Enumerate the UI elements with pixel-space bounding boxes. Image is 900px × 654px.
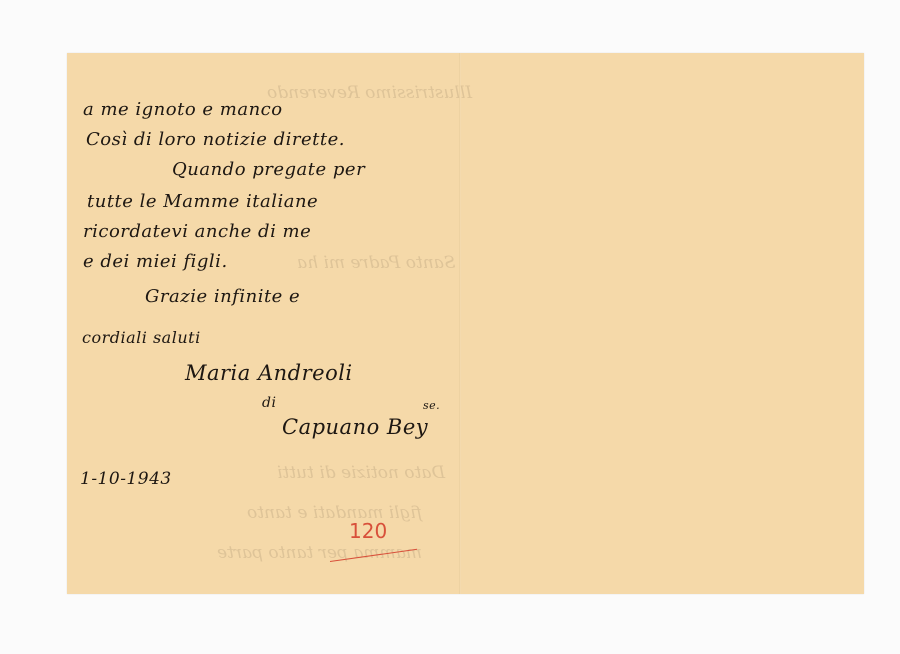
signature-name: Maria Andreoli [185, 361, 353, 385]
letter-date: 1-10-1943 [80, 469, 172, 489]
letter-line-8: cordiali saluti [82, 328, 201, 347]
letter-line-1: a me ignoto e manco [83, 99, 283, 120]
paper-fold [459, 53, 461, 594]
signature-surname: Capuano Bey [282, 415, 428, 439]
signature-superscript: se. [423, 399, 440, 412]
letter-paper: Illustrissimo Reverendo Santo Padre mi h… [67, 53, 864, 594]
bleed-through-text: Santo Padre mi ha [297, 253, 456, 273]
bleed-through-text: Dato notizie di tutti [277, 463, 445, 483]
letter-line-7: Grazie infinite e [145, 286, 300, 307]
bleed-through-text: Illustrissimo Reverendo [267, 83, 472, 103]
letter-line-6: e dei miei figli. [83, 251, 228, 272]
letter-line-3: Quando pregate per [172, 159, 365, 180]
letter-line-2: Così di loro notizie dirette. [86, 129, 345, 150]
archive-number: 120 [349, 519, 387, 543]
bleed-through-text: figli mandati e tanto [247, 503, 422, 523]
letter-line-4: tutte le Mamme italiane [87, 191, 318, 212]
letter-line-5: ricordatevi anche di me [83, 221, 311, 242]
signature-connector: di [262, 395, 276, 411]
